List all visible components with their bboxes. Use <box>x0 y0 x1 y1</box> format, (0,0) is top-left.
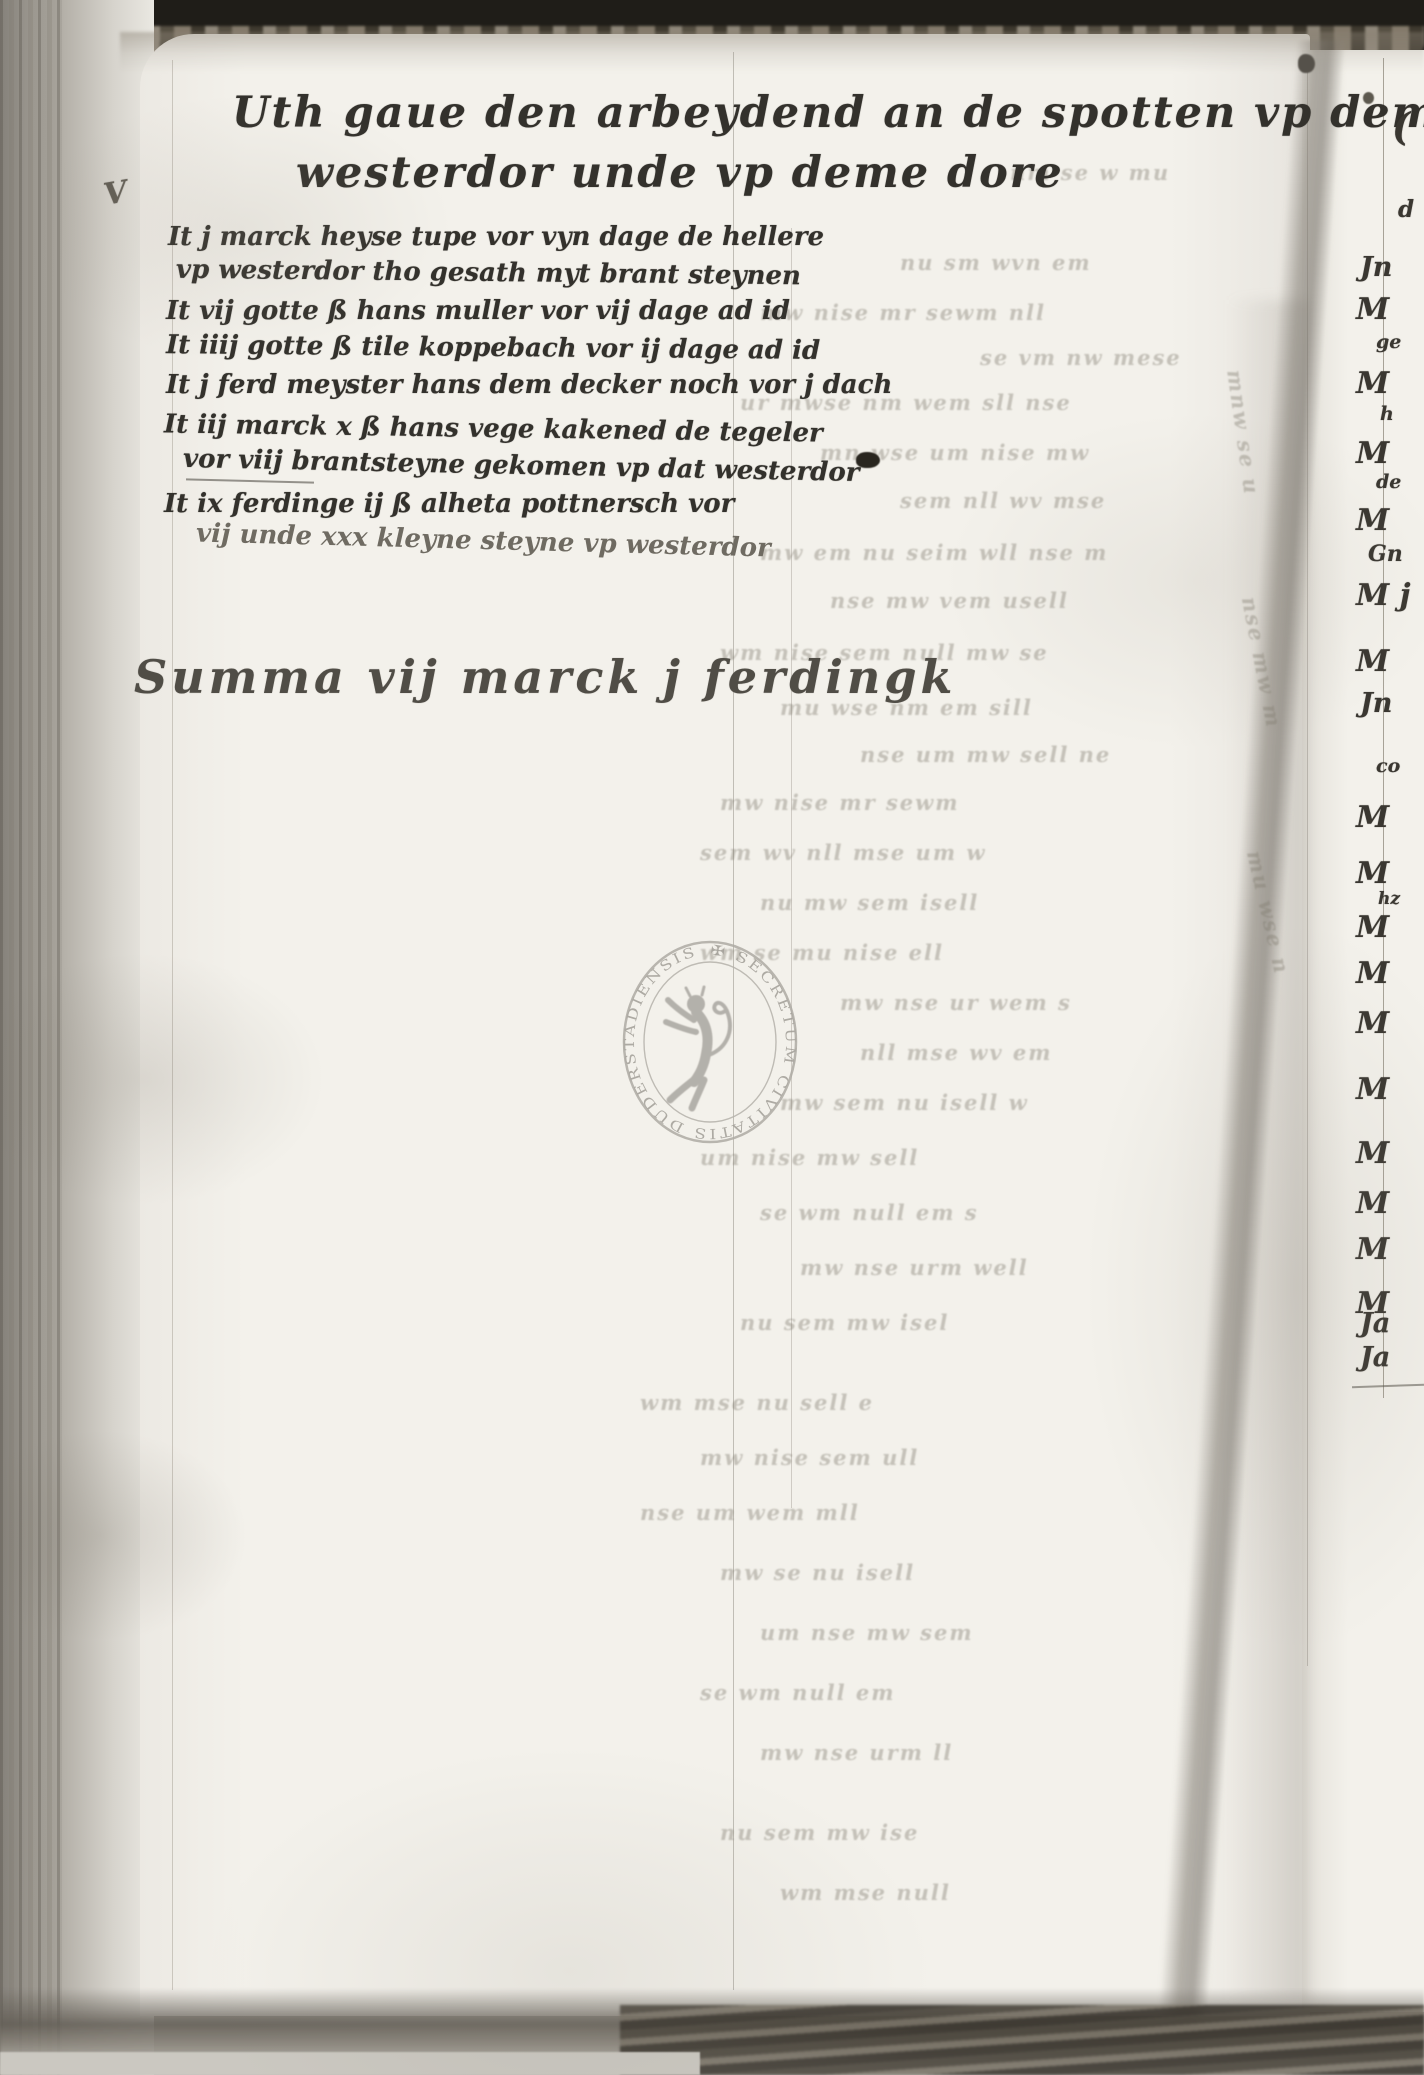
recto-item-mark: M <box>1356 856 1389 891</box>
recto-item-mark: d <box>1398 196 1414 223</box>
bleedthrough-line: mw nse urm ll <box>760 1740 953 1765</box>
recto-item-mark: M <box>1356 1072 1389 1107</box>
recto-item-mark: M <box>1356 1186 1389 1221</box>
recto-item-mark: M j <box>1356 578 1411 613</box>
recto-item-mark: de <box>1376 471 1401 493</box>
recto-item-mark: M <box>1356 1232 1389 1267</box>
bleedthrough-line: nse um wem mll <box>640 1500 860 1525</box>
recto-item-mark: ge <box>1376 331 1401 353</box>
recto-item-mark: M <box>1356 503 1389 538</box>
recto-item-mark: ( <box>1392 104 1410 149</box>
recto-item-mark: M <box>1356 910 1389 945</box>
recto-item-mark: M <box>1356 1136 1389 1171</box>
bleedthrough-line: um nse mw sem <box>760 1620 974 1645</box>
recto-item-mark: Ja <box>1360 1308 1390 1339</box>
recto-item-marks: (dJnMgeMhMdeMGnM jMJncoMMhzMMMMMMMMJaJa <box>0 0 1424 1500</box>
recto-item-mark: hz <box>1378 889 1400 909</box>
page-bottom-edge-dark-texture <box>620 2005 1424 2075</box>
recto-item-mark: M <box>1356 1006 1389 1041</box>
recto-item-mark: h <box>1380 403 1394 425</box>
recto-item-mark: M <box>1356 292 1389 327</box>
bleedthrough-line: mw se nu isell <box>720 1560 915 1585</box>
recto-item-mark: Gn <box>1368 541 1403 567</box>
recto-item-mark: M <box>1356 366 1389 401</box>
bleedthrough-line: nu sem mw ise <box>720 1820 919 1845</box>
manuscript-scan: nm se w munu sm wvn emmw nise mr sewm nl… <box>0 0 1424 2075</box>
recto-item-mark: co <box>1376 755 1400 777</box>
recto-item-mark: Ja <box>1360 1342 1390 1373</box>
bleedthrough-line: se wm null em <box>700 1680 896 1705</box>
recto-item-mark: M <box>1356 956 1389 991</box>
table-below-book <box>0 2052 700 2075</box>
recto-item-mark: M <box>1356 644 1389 679</box>
recto-item-mark: Jn <box>1360 252 1392 283</box>
bleedthrough-line: wm mse null <box>780 1880 951 1905</box>
recto-item-mark: Jn <box>1360 688 1392 719</box>
recto-item-mark: M <box>1356 436 1389 471</box>
recto-item-mark: M <box>1356 800 1389 835</box>
